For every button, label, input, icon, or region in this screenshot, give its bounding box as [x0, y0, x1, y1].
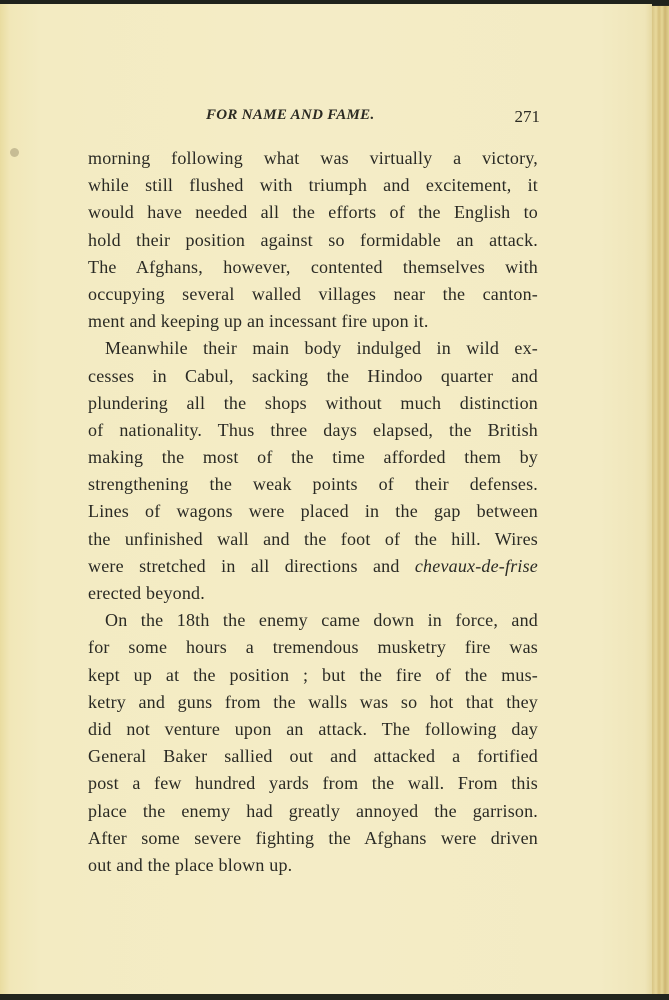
page-number: 271 [515, 107, 541, 127]
body-text: morning following what was virtually a v… [88, 145, 538, 879]
text-line: did not venture upon an attack. The foll… [88, 716, 538, 743]
text-line: The Afghans, however, contented themselv… [88, 254, 538, 281]
text-line: Meanwhile their main body indulged in wi… [88, 335, 538, 362]
text-line: occupying several walled villages near t… [88, 281, 538, 308]
text-line: erected beyond. [88, 580, 538, 607]
text-line: After some severe fighting the Afghans w… [88, 825, 538, 852]
text-line: while still flushed with triumph and exc… [88, 172, 538, 199]
text-fragment: were stretched in all directions and [88, 556, 400, 576]
running-title: FOR NAME AND FAME. [206, 107, 375, 124]
text-line: morning following what was virtually a v… [88, 145, 538, 172]
paper-smudge [10, 148, 19, 157]
text-line-with-italic: were stretched in all directions and che… [88, 553, 538, 580]
text-line: kept up at the position ; but the fire o… [88, 662, 538, 689]
italic-phrase: chevaux-de-frise [415, 556, 538, 576]
text-line: plundering all the shops without much di… [88, 390, 538, 417]
running-head: FOR NAME AND FAME. 271 [206, 105, 540, 133]
text-line: post a few hundred yards from the wall. … [88, 770, 538, 797]
text-line: the unfinished wall and the foot of the … [88, 526, 538, 553]
text-line: Lines of wagons were placed in the gap b… [88, 498, 538, 525]
text-line: On the 18th the enemy came down in force… [88, 607, 538, 634]
text-line: cesses in Cabul, sacking the Hindoo quar… [88, 363, 538, 390]
text-line: making the most of the time afforded the… [88, 444, 538, 471]
text-line: ketry and guns from the walls was so hot… [88, 689, 538, 716]
text-line: hold their position against so formidabl… [88, 227, 538, 254]
text-line: would have needed all the efforts of the… [88, 199, 538, 226]
page-stack-edge [652, 6, 669, 994]
text-line: of nationality. Thus three days elapsed,… [88, 417, 538, 444]
scan-bottom-border [0, 994, 669, 1000]
text-line: ment and keeping up an incessant fire up… [88, 308, 538, 335]
text-line: General Baker sallied out and attacked a… [88, 743, 538, 770]
text-line: for some hours a tremendous musketry fir… [88, 634, 538, 661]
text-line: place the enemy had greatly annoyed the … [88, 798, 538, 825]
text-line: strengthening the weak points of their d… [88, 471, 538, 498]
text-line: out and the place blown up. [88, 852, 538, 879]
book-page: FOR NAME AND FAME. 271 morning following… [0, 4, 652, 996]
